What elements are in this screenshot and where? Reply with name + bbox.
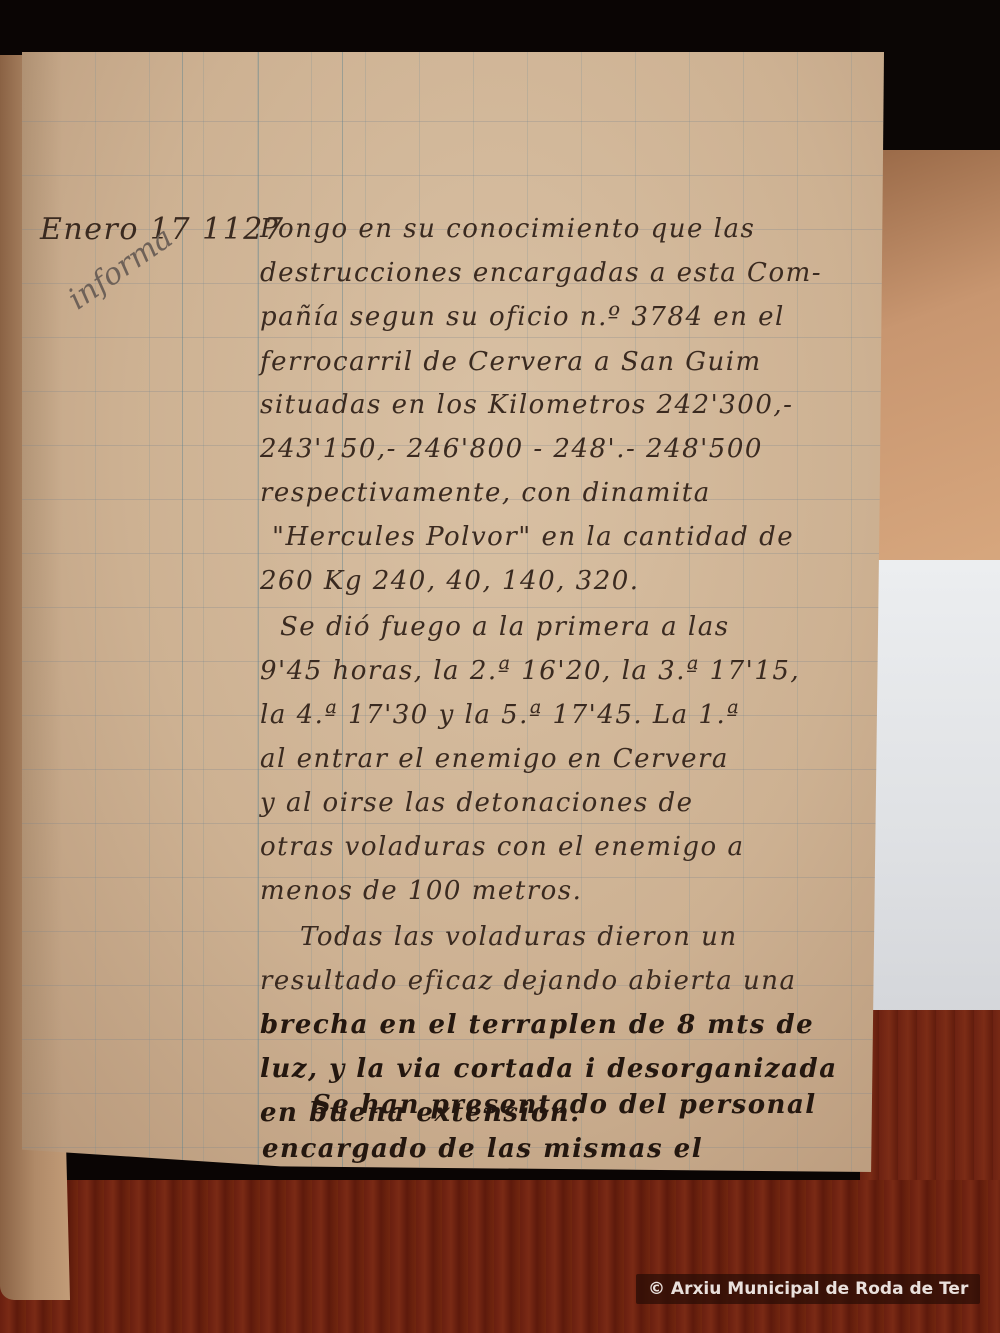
text-line: pañía segun su oficio n.º 3784 en el xyxy=(260,302,785,332)
text-line: otras voladuras con el enemigo a xyxy=(260,832,744,862)
text-line: ferrocarril de Cervera a San Guim xyxy=(260,347,762,377)
text-line: "Hercules Polvor" en la cantidad de xyxy=(272,522,794,552)
white-block-object xyxy=(862,560,1000,1020)
text-line: la 4.ª 17'30 y la 5.ª 17'45. La 1.ª xyxy=(260,700,740,730)
text-line: situadas en los Kilometros 242'300,- xyxy=(260,390,793,420)
text-line: 260 Kg 240, 40, 140, 320. xyxy=(260,566,640,596)
text-line: Se dió fuego a la primera a las xyxy=(280,612,730,642)
text-line: al entrar el enemigo en Cervera xyxy=(260,744,729,774)
text-line: destrucciones encargadas a esta Com- xyxy=(260,258,822,288)
wooden-table xyxy=(0,1180,1000,1333)
copyright-watermark: © Arxiu Municipal de Roda de Ter xyxy=(636,1274,980,1304)
text-line: menos de 100 metros. xyxy=(260,876,582,906)
text-line: y al oirse las detonaciones de xyxy=(260,788,694,818)
notebook-page: Enero 17 1127 informa Pongo en su conoci… xyxy=(22,52,884,1172)
text-line: resultado eficaz dejando abierta una xyxy=(260,966,796,996)
text-line: Pongo en su conocimiento que las xyxy=(260,214,755,244)
text-line: 9'45 horas, la 2.ª 16'20, la 3.ª 17'15, xyxy=(260,656,800,686)
text-line: Todas las voladuras dieron un xyxy=(300,922,738,952)
text-line: 243'150,- 246'800 - 248'.- 248'500 xyxy=(260,434,763,464)
text-line: brecha en el terraplen de 8 mts de xyxy=(260,1010,814,1040)
text-line: luz, y la via cortada i desorganizada xyxy=(260,1054,838,1084)
text-line: Se han presentado del personal xyxy=(312,1090,817,1120)
table-surface-right xyxy=(860,1010,1000,1190)
text-line: respectivamente, con dinamita xyxy=(260,478,711,508)
cardboard-box xyxy=(870,150,1000,570)
text-line: encargado de las mismas el xyxy=(262,1134,703,1164)
